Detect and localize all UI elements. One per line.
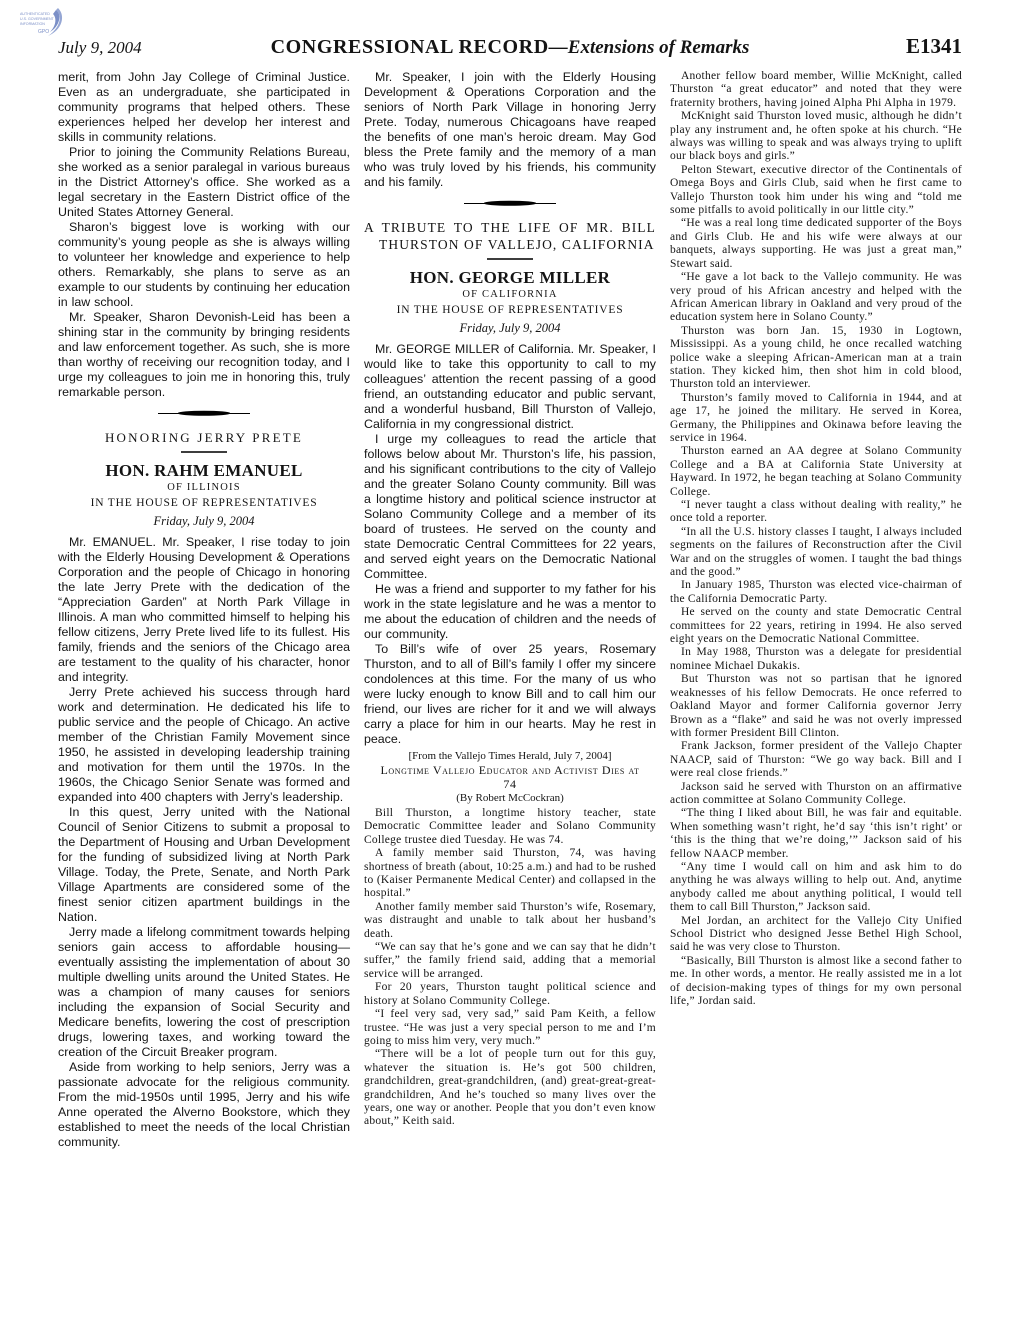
article-headline: Longtime Vallejo Educator and Activist D… — [378, 764, 642, 791]
article-paragraph: “I feel very sad, very sad,” said Pam Ke… — [364, 1008, 656, 1048]
gpo-authentication-logo: AUTHENTICATED U.S. GOVERNMENT INFORMATIO… — [16, 6, 72, 54]
article-paragraph: “We can say that he’s gone and we can sa… — [364, 941, 656, 981]
remarks-paragraph: Jerry Prete achieved his success through… — [58, 685, 350, 805]
article-paragraph: Another family member said Thurston’s wi… — [364, 901, 656, 941]
remarks-paragraph: merit, from John Jay College of Criminal… — [58, 70, 350, 145]
remarks-paragraph: I urge my colleagues to read the article… — [364, 432, 656, 582]
column-1: merit, from John Jay College of Criminal… — [58, 70, 350, 1150]
chamber-line: IN THE HOUSE OF REPRESENTATIVES — [364, 304, 656, 317]
masthead-subtitle: —Extensions of Remarks — [549, 37, 750, 58]
header-page-number: E1341 — [906, 34, 962, 59]
section-heading: HONORING JERRY PRETE — [58, 430, 350, 446]
member-state-line: OF CALIFORNIA — [364, 289, 656, 301]
remarks-paragraph: Aside from working to help seniors, Jerr… — [58, 1060, 350, 1150]
remarks-paragraph: Mr. Speaker, Sharon Devonish-Leid has be… — [58, 310, 350, 400]
article-paragraph: In May 1988, Thurston was a delegate for… — [670, 646, 962, 673]
article-paragraph: “Any time I would call on him and ask hi… — [670, 861, 962, 915]
article-paragraph: “He gave a lot back to the Vallejo commu… — [670, 271, 962, 325]
session-date-line: Friday, July 9, 2004 — [58, 514, 350, 529]
heading-rule — [487, 258, 533, 260]
article-paragraph: In January 1985, Thurston was elected vi… — [670, 579, 962, 606]
remarks-paragraph: He was a friend and supporter to my fath… — [364, 582, 656, 642]
remarks-paragraph: Mr. GEORGE MILLER of California. Mr. Spe… — [364, 342, 656, 432]
gpo-logo-text-line1: AUTHENTICATED — [20, 12, 50, 16]
divider-bar — [464, 203, 556, 204]
remarks-paragraph: Mr. EMANUEL. Mr. Speaker, I rise today t… — [58, 535, 350, 685]
article-byline: (By Robert McCockran) — [364, 792, 656, 805]
article-paragraph: “I never taught a class without dealing … — [670, 499, 962, 526]
article-paragraph: Mel Jordan, an architect for the Vallejo… — [670, 915, 962, 955]
article-paragraph: Thurston earned an AA degree at Solano C… — [670, 445, 962, 499]
gpo-logo-text-line2: U.S. GOVERNMENT — [20, 17, 55, 21]
divider-lens — [178, 411, 230, 416]
gpo-logo-text-line4: GPO — [38, 29, 49, 35]
remarks-paragraph: In this quest, Jerry united with the Nat… — [58, 805, 350, 925]
article-paragraph: Jackson said he served with Thurston on … — [670, 781, 962, 808]
remarks-paragraph: Jerry made a lifelong commitment towards… — [58, 925, 350, 1060]
article-paragraph: Another fellow board member, Willie McKn… — [670, 70, 962, 110]
article-paragraph: But Thurston was not so partisan that he… — [670, 673, 962, 740]
article-paragraph: Pelton Stewart, executive director of th… — [670, 164, 962, 218]
article-paragraph: “He was a real long time dedicated suppo… — [670, 217, 962, 271]
three-column-body: merit, from John Jay College of Criminal… — [0, 59, 1020, 1150]
column-3: Another fellow board member, Willie McKn… — [670, 70, 962, 1150]
heading-rule — [181, 451, 227, 453]
divider-bar — [158, 413, 250, 414]
member-name-heading: HON. RAHM EMANUEL — [58, 461, 350, 480]
article-paragraph: For 20 years, Thurston taught political … — [364, 981, 656, 1008]
congressional-record-page: AUTHENTICATED U.S. GOVERNMENT INFORMATIO… — [0, 0, 1020, 1320]
column-2: Mr. Speaker, I join with the Elderly Hou… — [364, 70, 656, 1150]
section-divider — [58, 405, 350, 421]
article-paragraph: Bill Thurston, a longtime history teache… — [364, 807, 656, 847]
article-paragraph: McKnight said Thurston loved music, alth… — [670, 110, 962, 164]
article-paragraph: “In all the U.S. history classes I taugh… — [670, 526, 962, 580]
article-paragraph: Frank Jackson, former president of the V… — [670, 740, 962, 780]
member-state-line: OF ILLINOIS — [58, 482, 350, 494]
article-paragraph: “Basically, Bill Thurston is almost like… — [670, 955, 962, 1009]
running-header: July 9, 2004 CONGRESSIONAL RECORD—Extens… — [0, 0, 1020, 59]
article-source-line: [From the Vallejo Times Herald, July 7, … — [364, 750, 656, 763]
member-name-heading: HON. GEORGE MILLER — [364, 268, 656, 287]
section-divider — [364, 195, 656, 211]
remarks-paragraph: Prior to joining the Community Relations… — [58, 145, 350, 220]
article-paragraph: Thurston was born Jan. 15, 1930 in Logto… — [670, 325, 962, 392]
section-heading: A TRIBUTE TO THE LIFE OF MR. BILL THURST… — [364, 220, 656, 253]
session-date-line: Friday, July 9, 2004 — [364, 321, 656, 336]
divider-lens — [484, 201, 536, 206]
article-paragraph: Thurston’s family moved to California in… — [670, 392, 962, 446]
masthead-title: CONGRESSIONAL RECORD — [271, 36, 549, 58]
article-paragraph: “There will be a lot of people turn out … — [364, 1048, 656, 1128]
chamber-line: IN THE HOUSE OF REPRESENTATIVES — [58, 497, 350, 510]
remarks-paragraph: To Bill’s wife of over 25 years, Rosemar… — [364, 642, 656, 747]
gpo-logo-text-line3: INFORMATION — [20, 22, 45, 26]
remarks-paragraph: Sharon’s biggest love is working with ou… — [58, 220, 350, 310]
header-masthead: CONGRESSIONAL RECORD—Extensions of Remar… — [271, 36, 750, 59]
article-paragraph: “The thing I liked about Bill, he was fa… — [670, 807, 962, 861]
remarks-paragraph: Mr. Speaker, I join with the Elderly Hou… — [364, 70, 656, 190]
article-paragraph: A family member said Thurston, 74, was h… — [364, 847, 656, 901]
article-paragraph: He served on the county and state Democr… — [670, 606, 962, 646]
